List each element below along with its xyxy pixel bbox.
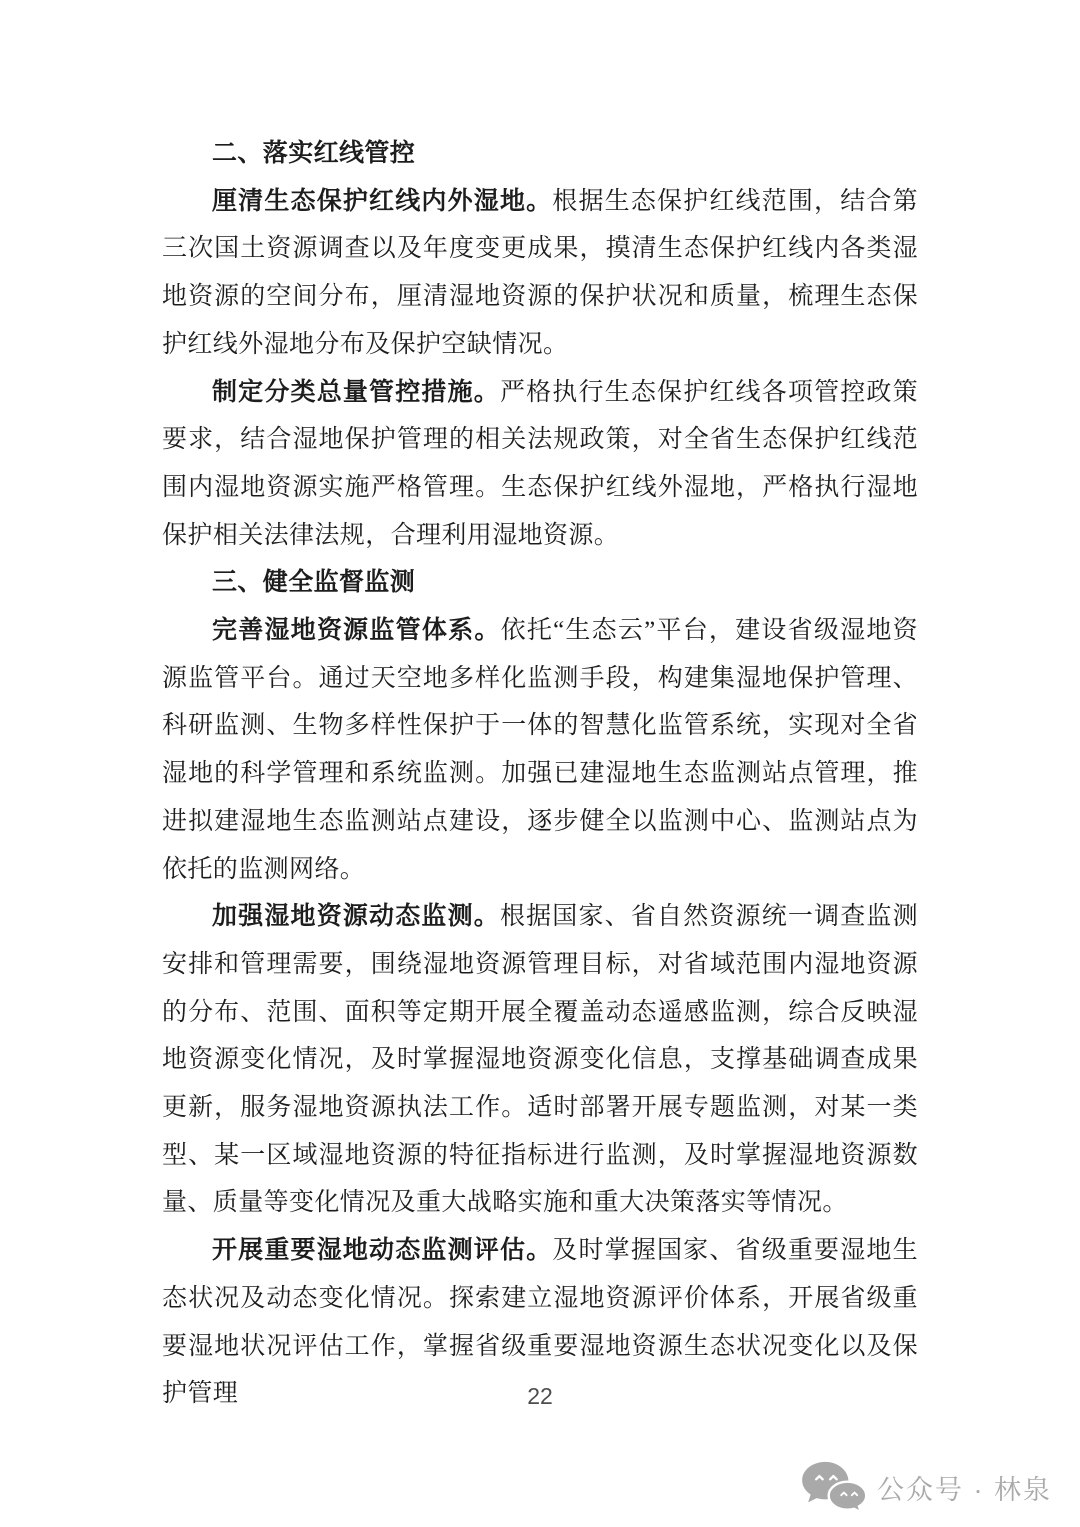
- paragraph-supervision-system: 完善湿地资源监管体系。依托“生态云”平台，建设省级湿地资源监管平台。通过天空地多…: [162, 607, 918, 893]
- section-heading-2: 二、落实红线管控: [162, 130, 918, 178]
- section-heading-3: 三、健全监督监测: [162, 559, 918, 607]
- paragraph-text: 依托“生态云”平台，建设省级湿地资源监管平台。通过天空地多样化监测手段，构建集湿…: [162, 617, 918, 883]
- paragraph-text: 根据国家、省自然资源统一调查监测安排和管理需要，围绕湿地资源管理目标，对省域范围…: [162, 903, 918, 1216]
- paragraph-lead: 加强湿地资源动态监测。: [212, 903, 500, 930]
- paragraph-lead: 厘清生态保护红线内外湿地。: [212, 188, 552, 215]
- paragraph-dynamic-monitoring: 加强湿地资源动态监测。根据国家、省自然资源统一调查监测安排和管理需要，围绕湿地资…: [162, 893, 918, 1227]
- document-page: 二、落实红线管控 厘清生态保护红线内外湿地。根据生态保护红线范围，结合第三次国土…: [0, 0, 1080, 1527]
- wechat-icon: [800, 1460, 866, 1514]
- watermark-text: 公众号 · 林泉: [877, 1468, 1052, 1507]
- paragraph-lead: 完善湿地资源监管体系。: [212, 617, 501, 644]
- paragraph-redline-inside-outside: 厘清生态保护红线内外湿地。根据生态保护红线范围，结合第三次国土资源调查以及年度变…: [162, 178, 918, 369]
- page-number: 22: [0, 1383, 1080, 1410]
- paragraph-control-measures: 制定分类总量管控措施。严格执行生态保护红线各项管控政策要求，结合湿地保护管理的相…: [162, 369, 918, 560]
- paragraph-lead: 开展重要湿地动态监测评估。: [212, 1237, 552, 1264]
- paragraph-lead: 制定分类总量管控措施。: [212, 379, 500, 406]
- watermark: 公众号 · 林泉: [800, 1460, 1052, 1514]
- document-body: 二、落实红线管控 厘清生态保护红线内外湿地。根据生态保护红线范围，结合第三次国土…: [162, 130, 918, 1418]
